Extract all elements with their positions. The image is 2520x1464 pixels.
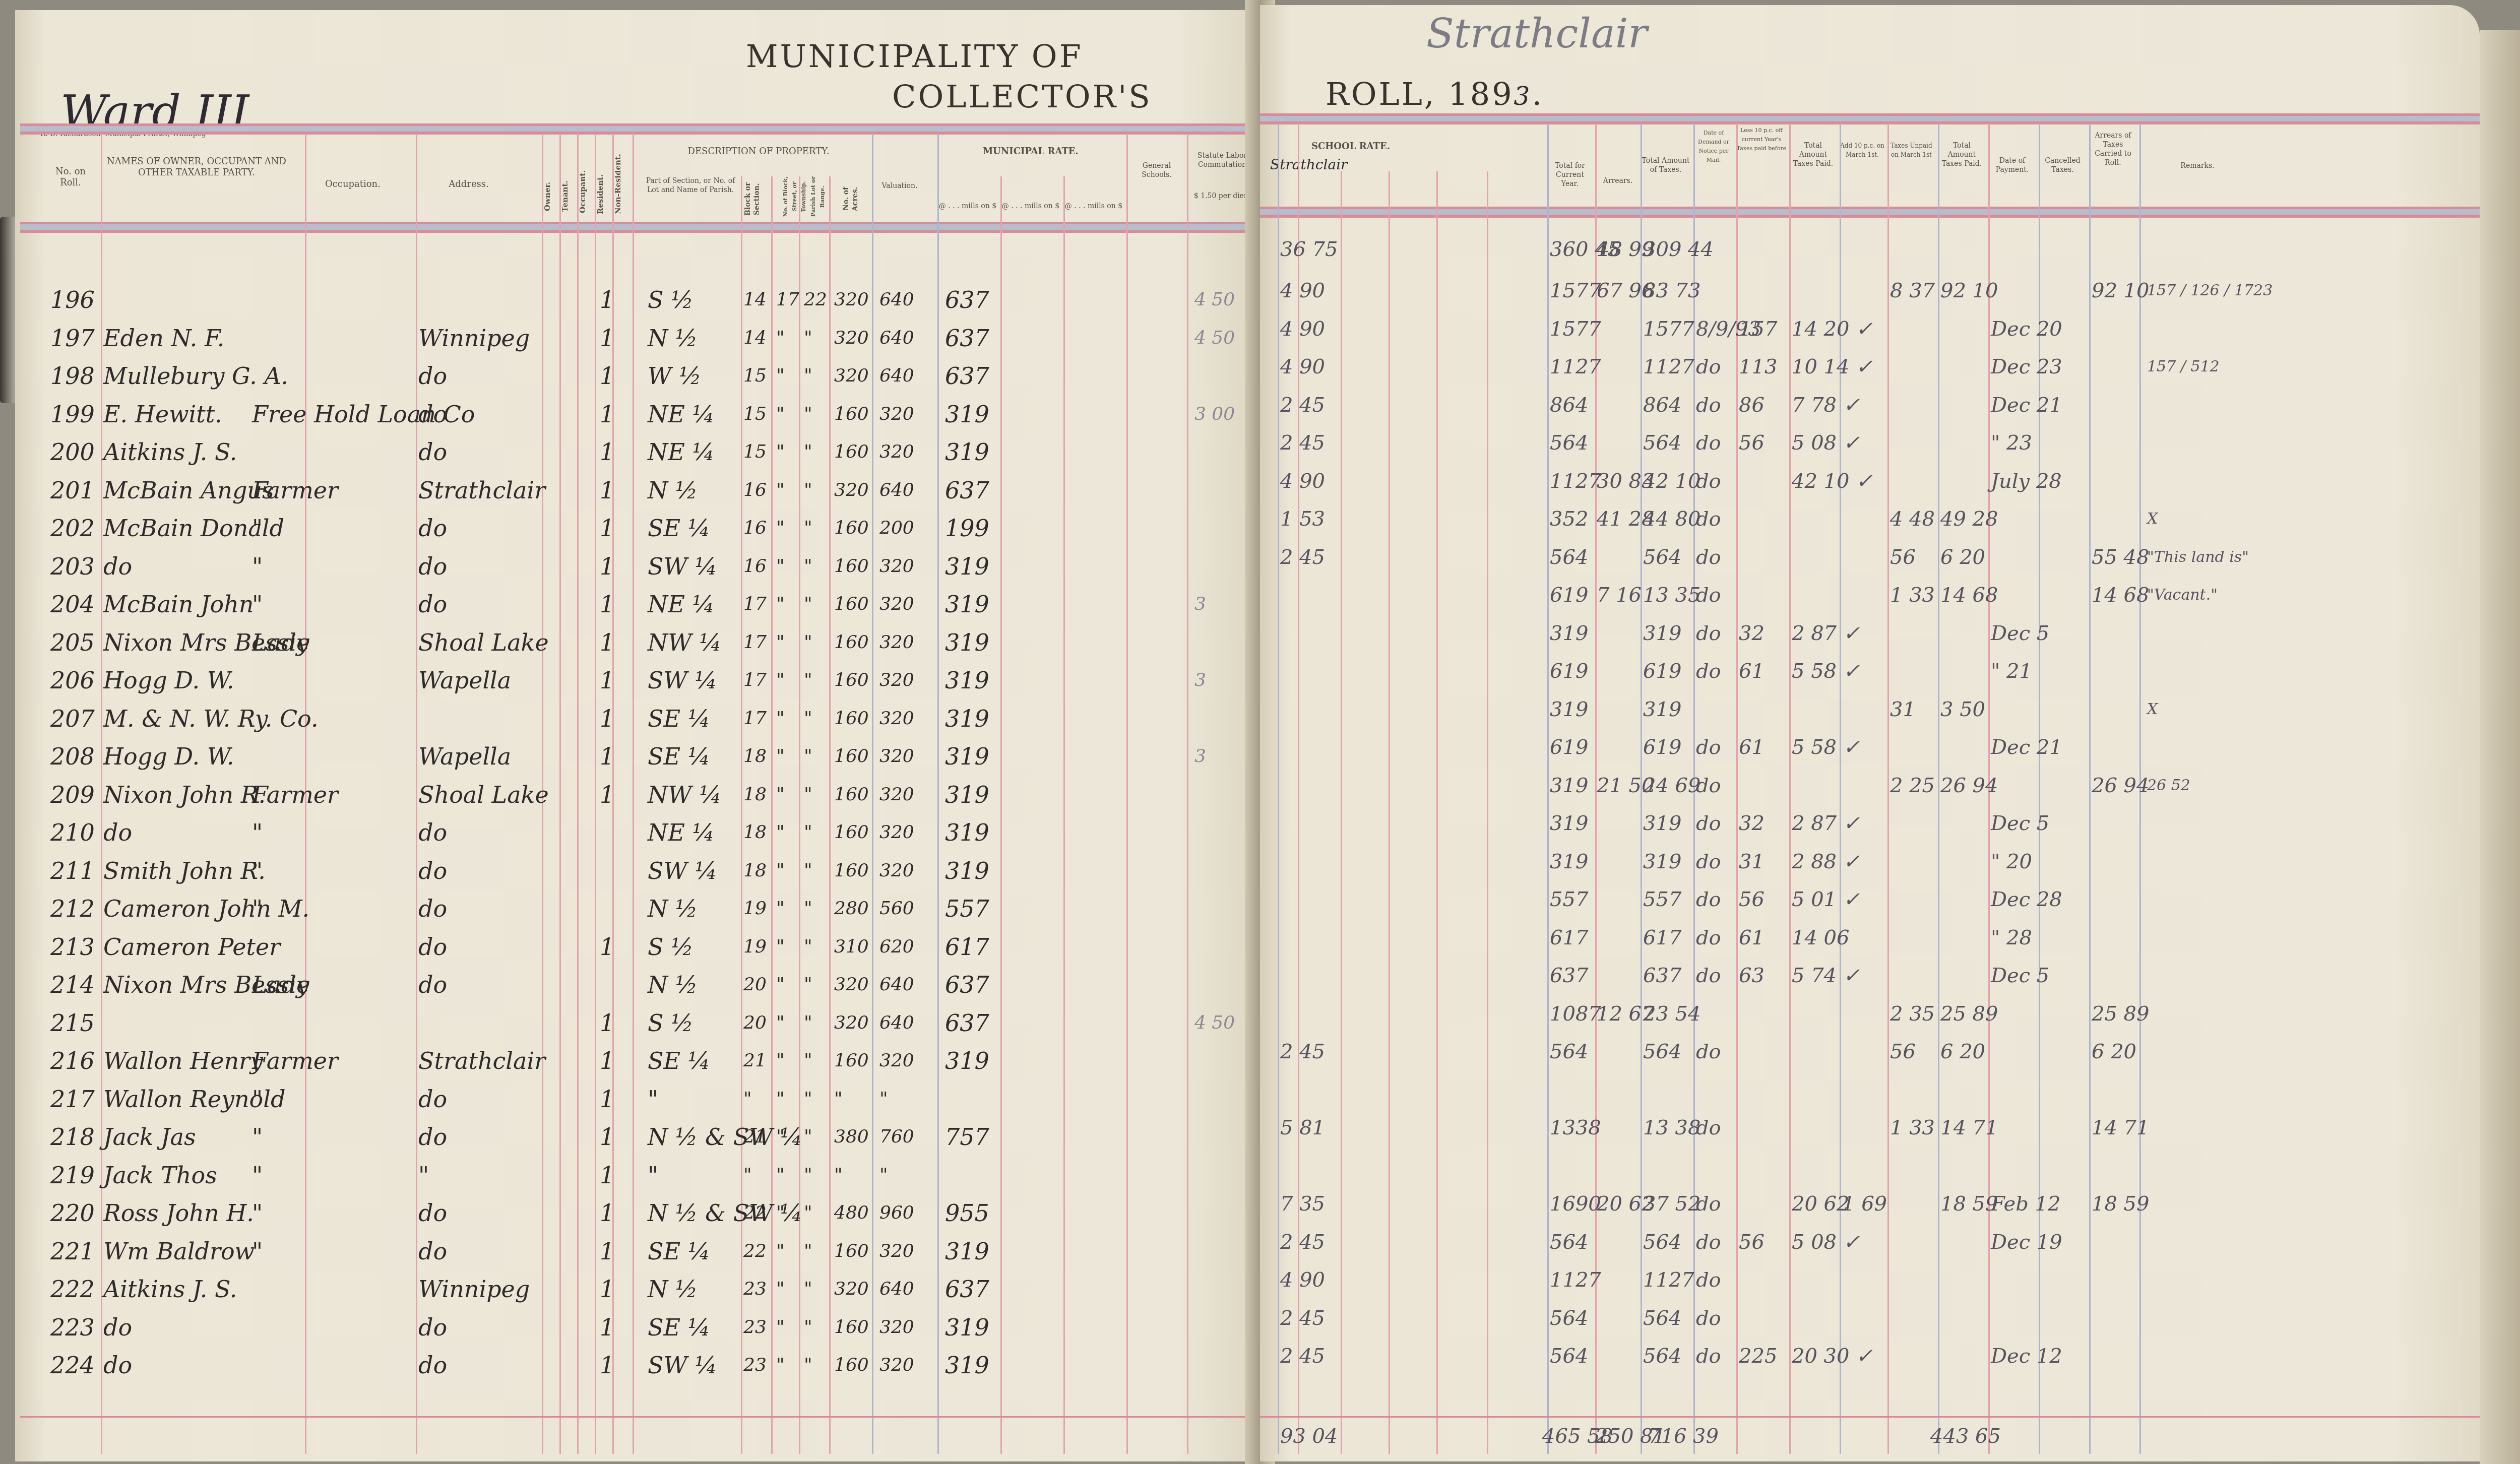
total-amount-taxes: 564 bbox=[1643, 1227, 1681, 1257]
date-of-demand: do bbox=[1696, 771, 1721, 801]
section: " bbox=[743, 1084, 752, 1114]
occupation: Farmer bbox=[252, 475, 338, 505]
title-roll: ROLL, 1893. bbox=[1326, 76, 1544, 112]
total-current-year: 1577 bbox=[1550, 314, 1601, 344]
acres: 160 bbox=[834, 817, 869, 848]
township: " bbox=[776, 1198, 785, 1228]
acres: 160 bbox=[834, 1236, 869, 1266]
section: 22 bbox=[743, 1236, 767, 1266]
address: do bbox=[418, 1084, 447, 1114]
part-of-section: SW ¼ bbox=[648, 551, 717, 582]
total-taxes-paid: 14 06 bbox=[1792, 923, 1850, 953]
occupation: " bbox=[252, 856, 263, 886]
total-amount-taxes: 617 bbox=[1643, 923, 1681, 953]
total-current-year: 619 bbox=[1550, 732, 1588, 762]
remarks: X bbox=[2147, 504, 2158, 534]
part-of-section: " bbox=[648, 1084, 658, 1114]
range: " bbox=[804, 361, 812, 391]
roll-number: 223 bbox=[50, 1312, 95, 1343]
taxes-unpaid: 1 33 bbox=[1890, 1113, 1935, 1143]
roll-number: 204 bbox=[50, 589, 95, 619]
total-taxes-paid-2: 92 10 bbox=[1940, 276, 1998, 306]
total-current-year: 619 bbox=[1550, 656, 1588, 686]
total-amount-taxes: 319 bbox=[1643, 808, 1681, 839]
part-of-section: S ½ bbox=[648, 932, 694, 962]
acres: 320 bbox=[834, 1008, 869, 1038]
total-current-year: 319 bbox=[1550, 847, 1588, 877]
roll-number: 217 bbox=[50, 1084, 95, 1114]
total-taxes-paid-2: 14 71 bbox=[1940, 1113, 1998, 1143]
table-row: 2 45564564do566 2055 48"This land is" bbox=[1260, 542, 2480, 580]
valuation: " bbox=[879, 1160, 888, 1190]
total-amount-taxes: 37 52 bbox=[1643, 1189, 1701, 1219]
address: do bbox=[418, 1198, 447, 1228]
col-header-total-amount: Total Amount of Taxes. bbox=[1641, 156, 1691, 174]
address: Wapella bbox=[418, 665, 511, 695]
page-edges bbox=[2480, 30, 2520, 1464]
valuation: " bbox=[879, 1084, 888, 1114]
resident-mark: 1 bbox=[600, 1198, 614, 1228]
address: do bbox=[418, 361, 447, 391]
date-of-demand: do bbox=[1696, 1113, 1721, 1143]
total-amount-taxes: 319 bbox=[1643, 694, 1681, 725]
municipal-rate: 319 bbox=[945, 741, 989, 772]
school-rate: 2 45 bbox=[1280, 1341, 1325, 1371]
section: 17 bbox=[743, 665, 767, 695]
address: do bbox=[418, 589, 447, 619]
total-current-year: 564 bbox=[1550, 1341, 1588, 1371]
total-taxes-paid: 7 78 ✓ bbox=[1792, 390, 1860, 420]
township: " bbox=[776, 1236, 785, 1266]
range: " bbox=[804, 323, 812, 353]
date-of-demand: do bbox=[1696, 923, 1721, 953]
date-of-demand: do bbox=[1696, 732, 1721, 762]
remarks: X bbox=[2147, 694, 2158, 725]
school-rate: 4 90 bbox=[1280, 276, 1325, 306]
municipal-rate: 637 bbox=[945, 1274, 989, 1304]
resident-mark: 1 bbox=[600, 1046, 614, 1076]
arrears-carried: 6 20 bbox=[2092, 1037, 2136, 1067]
resident-mark: 1 bbox=[600, 589, 614, 619]
section: 22 bbox=[743, 1198, 767, 1228]
table-row: 319319313 50X bbox=[1260, 694, 2480, 732]
date-of-demand: do bbox=[1696, 1341, 1721, 1371]
roll-number: 212 bbox=[50, 894, 95, 924]
taxes-unpaid: 31 bbox=[1890, 694, 1916, 725]
taxpayer-name: McBain Angus bbox=[103, 475, 274, 505]
less-10pc: 157 bbox=[1739, 314, 1777, 344]
col-header-mills-3: @ . . . mills on $ bbox=[1063, 202, 1124, 211]
acres: 160 bbox=[834, 513, 869, 543]
address: do bbox=[418, 970, 447, 1000]
resident-mark: 1 bbox=[600, 551, 614, 582]
township: " bbox=[776, 1122, 785, 1152]
range: " bbox=[804, 437, 812, 467]
statute-labor: 3 00 bbox=[1194, 399, 1235, 429]
municipal-rate: 319 bbox=[945, 1312, 989, 1343]
taxpayer-name: Hogg D. W. bbox=[103, 741, 234, 772]
less-10pc: 86 bbox=[1739, 390, 1765, 420]
remarks: 157 / 512 bbox=[2147, 352, 2220, 382]
township: " bbox=[776, 627, 785, 658]
township: " bbox=[776, 1160, 785, 1190]
table-row: 212Cameron John M."doN ½19""280560557 bbox=[15, 894, 1260, 931]
address: Strathclair bbox=[418, 1046, 545, 1076]
township: " bbox=[776, 361, 785, 391]
table-row: 201McBain AngusFarmerStrathclair1N ½16""… bbox=[15, 475, 1260, 513]
col-header-tenant: Tenant. bbox=[559, 171, 571, 222]
address: " bbox=[418, 1160, 429, 1190]
resident-mark: 1 bbox=[600, 1008, 614, 1038]
total-amount-taxes: 83 73 bbox=[1643, 276, 1701, 306]
table-row: 4 9011271127do11310 14 ✓Dec 23157 / 512 bbox=[1260, 352, 2480, 390]
part-of-section: NE ¼ bbox=[648, 437, 715, 467]
resident-mark: 1 bbox=[600, 1122, 614, 1152]
address: do bbox=[418, 437, 447, 467]
resident-mark: 1 bbox=[600, 1312, 614, 1343]
school-rate: 2 45 bbox=[1280, 1303, 1325, 1333]
section: 20 bbox=[743, 1008, 767, 1038]
range: " bbox=[804, 1084, 812, 1114]
table-row: 214Nixon Mrs BessieLadydoN ½20""32064063… bbox=[15, 970, 1260, 1007]
col-header-names: NAMES OF OWNER, OCCUPANT AND OTHER TAXAB… bbox=[101, 156, 292, 178]
range: 22 bbox=[804, 285, 827, 315]
table-row bbox=[1260, 1075, 2480, 1113]
table-row: 619619do615 58 ✓Dec 21 bbox=[1260, 732, 2480, 770]
township: " bbox=[776, 894, 785, 924]
address: do bbox=[418, 817, 447, 848]
municipal-rate: 319 bbox=[945, 704, 989, 734]
address: Strathclair bbox=[418, 475, 545, 505]
valuation: 320 bbox=[879, 856, 914, 886]
resident-mark: 1 bbox=[600, 1236, 614, 1266]
township: " bbox=[776, 1350, 785, 1380]
arrears-carried: 14 68 bbox=[2092, 580, 2150, 610]
school-rate: 4 90 bbox=[1280, 314, 1325, 344]
acres: 310 bbox=[834, 932, 869, 962]
range: " bbox=[804, 970, 812, 1000]
statute-labor: 3 bbox=[1194, 741, 1206, 772]
section: 17 bbox=[743, 704, 767, 734]
taxpayer-name: Wm Baldrow bbox=[103, 1236, 255, 1266]
part-of-section: NW ¼ bbox=[648, 627, 722, 658]
add-10pc: 1 69 bbox=[1842, 1189, 1887, 1219]
section: 21 bbox=[743, 1046, 767, 1076]
total-taxes-paid-2: 3 50 bbox=[1940, 694, 1985, 725]
township: " bbox=[776, 551, 785, 582]
valuation: 960 bbox=[879, 1198, 914, 1228]
col-header-mills-1: @ . . . mills on $ bbox=[937, 202, 998, 211]
resident-mark: 1 bbox=[600, 665, 614, 695]
range: " bbox=[804, 1350, 812, 1380]
total-taxes-paid: 42 10 ✓ bbox=[1792, 466, 1873, 496]
col-header-part-of-section: Part of Section, or No. of Lot and Name … bbox=[645, 176, 736, 195]
township: " bbox=[776, 780, 785, 810]
valuation: 640 bbox=[879, 475, 914, 505]
title-year-suffix: 3 bbox=[1514, 82, 1532, 111]
valuation: 200 bbox=[879, 513, 914, 543]
date-of-payment: Dec 23 bbox=[1991, 352, 2062, 382]
table-row: 222Aitkins J. S.Winnipeg1N ½23""32064063… bbox=[15, 1274, 1260, 1312]
roll-number: 220 bbox=[50, 1198, 95, 1228]
township: " bbox=[776, 817, 785, 848]
total-amount-taxes: 619 bbox=[1643, 732, 1681, 762]
range: " bbox=[804, 1198, 812, 1228]
section: 19 bbox=[743, 894, 767, 924]
arrears-carried: 25 89 bbox=[2092, 999, 2150, 1029]
part-of-section: NW ¼ bbox=[648, 780, 722, 810]
table-row: 2 45564564do566 206 20 bbox=[1260, 1037, 2480, 1074]
arrears-carried: 92 10 bbox=[2092, 276, 2150, 306]
section: 15 bbox=[743, 361, 767, 391]
date-of-payment: " 20 bbox=[1991, 847, 2032, 877]
acres: 320 bbox=[834, 285, 869, 315]
total-amount-taxes: 1577 bbox=[1643, 314, 1694, 344]
address: do bbox=[418, 894, 447, 924]
resident-mark: 1 bbox=[600, 1274, 614, 1304]
roll-number: 202 bbox=[50, 513, 95, 543]
address: do bbox=[418, 932, 447, 962]
part-of-section: N ½ bbox=[648, 894, 698, 924]
table-row: 319319do312 88 ✓" 20 bbox=[1260, 847, 2480, 884]
date-of-payment: " 28 bbox=[1991, 923, 2032, 953]
total-current-year: 1087 bbox=[1550, 999, 1601, 1029]
resident-mark: 1 bbox=[600, 627, 614, 658]
date-of-payment: Dec 5 bbox=[1991, 961, 2049, 991]
valuation: 640 bbox=[879, 970, 914, 1000]
arrears-carried: 26 94 bbox=[2092, 771, 2150, 801]
resident-mark: 1 bbox=[600, 285, 614, 315]
section: 23 bbox=[743, 1312, 767, 1343]
municipal-rate: 319 bbox=[945, 817, 989, 848]
section: 15 bbox=[743, 437, 767, 467]
roll-number: 207 bbox=[50, 704, 95, 734]
less-10pc: 63 bbox=[1739, 961, 1765, 991]
less-10pc: 225 bbox=[1739, 1341, 1777, 1371]
roll-number: 198 bbox=[50, 361, 95, 391]
carried-forward-school: 36 75 bbox=[1280, 234, 1338, 265]
acres: 160 bbox=[834, 627, 869, 658]
part-of-section: SW ¼ bbox=[648, 665, 717, 695]
municipal-rate: 319 bbox=[945, 780, 989, 810]
total-taxes-paid: 20 30 ✓ bbox=[1792, 1341, 1873, 1371]
date-of-payment: " 23 bbox=[1991, 428, 2032, 458]
total-current-year: 564 bbox=[1550, 1227, 1588, 1257]
resident-mark: 1 bbox=[600, 1084, 614, 1114]
township: " bbox=[776, 437, 785, 467]
acres: " bbox=[834, 1084, 843, 1114]
municipal-rate: 319 bbox=[945, 551, 989, 582]
total-amount-taxes: 864 bbox=[1643, 390, 1681, 420]
acres: 320 bbox=[834, 1274, 869, 1304]
statute-labor: 4 50 bbox=[1194, 285, 1235, 315]
part-of-section: SE ¼ bbox=[648, 704, 710, 734]
table-row: 1 5335241 2844 80do4 4849 28X bbox=[1260, 504, 2480, 542]
table-row: 2 45564564do565 08 ✓Dec 19 bbox=[1260, 1227, 2480, 1265]
table-row: 203do"do1SW ¼16""160320319 bbox=[15, 551, 1260, 589]
section: 23 bbox=[743, 1350, 767, 1380]
total-taxes-paid: 2 88 ✓ bbox=[1792, 847, 1860, 877]
title-municipality-of: MUNICIPALITY OF bbox=[746, 38, 1083, 75]
occupation: " bbox=[252, 1236, 263, 1266]
taxes-unpaid: 8 37 bbox=[1890, 276, 1935, 306]
header-band-top bbox=[20, 123, 1260, 135]
valuation: 640 bbox=[879, 285, 914, 315]
range: " bbox=[804, 817, 812, 848]
range: " bbox=[804, 856, 812, 886]
occupation: " bbox=[252, 1198, 263, 1228]
resident-mark: 1 bbox=[600, 780, 614, 810]
table-row: 4 90157715778/9/9315714 20 ✓Dec 20 bbox=[1260, 314, 2480, 352]
occupation: Lady bbox=[252, 970, 309, 1000]
valuation: 640 bbox=[879, 1274, 914, 1304]
occupation: " bbox=[252, 513, 263, 543]
table-row: 202McBain Donald"do1SE ¼16""160200199 bbox=[15, 513, 1260, 551]
range: " bbox=[804, 665, 812, 695]
taxpayer-name: Wallon Henry bbox=[103, 1046, 263, 1076]
col-header-total-current: Total for Current Year. bbox=[1547, 161, 1593, 188]
total-taxes-paid-2: 14 68 bbox=[1940, 580, 1998, 610]
part-of-section: NE ¼ bbox=[648, 589, 715, 619]
table-row: 209Nixon John R.FarmerShoal Lake1NW ¼18"… bbox=[15, 780, 1260, 817]
statute-labor: 4 50 bbox=[1194, 323, 1235, 353]
municipal-rate: 637 bbox=[945, 323, 989, 353]
col-header-resident: Resident. bbox=[595, 166, 606, 222]
total-current-year: 319 bbox=[1550, 694, 1588, 725]
arrears: 7 16 bbox=[1597, 580, 1642, 610]
date-of-demand: do bbox=[1696, 580, 1721, 610]
acres: 320 bbox=[834, 361, 869, 391]
part-of-section: SE ¼ bbox=[648, 513, 710, 543]
taxes-unpaid: 4 48 bbox=[1890, 504, 1935, 534]
address: do bbox=[418, 1122, 447, 1152]
col-header-range: Parish Lot or Range. bbox=[809, 171, 827, 222]
township: " bbox=[776, 475, 785, 505]
taxpayer-name: do bbox=[103, 817, 132, 848]
roll-number: 224 bbox=[50, 1350, 95, 1380]
resident-mark: 1 bbox=[600, 361, 614, 391]
less-10pc: 113 bbox=[1739, 352, 1777, 382]
col-header-municipal-rate: MUNICIPAL RATE. bbox=[937, 146, 1124, 157]
acres: 160 bbox=[834, 1350, 869, 1380]
section: 19 bbox=[743, 932, 767, 962]
address: do bbox=[418, 1350, 447, 1380]
valuation: 620 bbox=[879, 932, 914, 962]
part-of-section: SE ¼ bbox=[648, 1236, 710, 1266]
taxpayer-name: do bbox=[103, 1312, 132, 1343]
table-row: 198Mullebury G. A.do1W ½15""320640637 bbox=[15, 361, 1260, 399]
roll-number: 210 bbox=[50, 817, 95, 848]
occupation: Farmer bbox=[252, 1046, 338, 1076]
township: " bbox=[776, 970, 785, 1000]
roll-number: 215 bbox=[50, 1008, 95, 1038]
table-row: 223dodo1SE ¼23""160320319 bbox=[15, 1312, 1260, 1350]
remarks: "This land is" bbox=[2147, 542, 2249, 572]
township: " bbox=[776, 323, 785, 353]
taxpayer-name: Eden N. F. bbox=[103, 323, 224, 353]
table-row: 4 90157767 9683 738 3792 1092 10157 / 12… bbox=[1260, 276, 2480, 313]
taxpayer-name: Cameron John M. bbox=[103, 894, 309, 924]
part-of-section: SW ¼ bbox=[648, 856, 717, 886]
total-current-year: 1127 bbox=[1550, 1265, 1601, 1295]
total-taxes-paid: 20 62 bbox=[1792, 1189, 1850, 1219]
total-amount-taxes: 13 38 bbox=[1643, 1113, 1701, 1143]
date-of-payment: Dec 5 bbox=[1991, 618, 2049, 649]
total-amount-taxes: 619 bbox=[1643, 656, 1681, 686]
resident-mark: 1 bbox=[600, 1160, 614, 1190]
school-rate: 4 90 bbox=[1280, 466, 1325, 496]
statute-labor: 3 bbox=[1194, 665, 1206, 695]
total-current-year: 564 bbox=[1550, 542, 1588, 572]
section: 17 bbox=[743, 627, 767, 658]
valuation: 320 bbox=[879, 437, 914, 467]
total-current-year: 637 bbox=[1550, 961, 1588, 991]
arrears-carried: 14 71 bbox=[2092, 1113, 2150, 1143]
total-current-year: 1690 bbox=[1550, 1189, 1601, 1219]
address: Wapella bbox=[418, 741, 511, 772]
section: 16 bbox=[743, 551, 767, 582]
date-of-demand: do bbox=[1696, 504, 1721, 534]
date-of-demand: do bbox=[1696, 961, 1721, 991]
taxpayer-name: Jack Thos bbox=[103, 1160, 217, 1190]
resident-mark: 1 bbox=[600, 475, 614, 505]
total-taxes-paid: 5 08 ✓ bbox=[1792, 428, 1860, 458]
date-of-payment: Feb 12 bbox=[1991, 1189, 2060, 1219]
municipal-rate: 319 bbox=[945, 1046, 989, 1076]
municipal-rate: 637 bbox=[945, 970, 989, 1000]
municipal-rate: 199 bbox=[945, 513, 989, 543]
valuation: 320 bbox=[879, 1236, 914, 1266]
less-10pc: 61 bbox=[1739, 732, 1765, 762]
total-current-year: 564 bbox=[1550, 1037, 1588, 1067]
less-10pc: 32 bbox=[1739, 618, 1765, 649]
section: 14 bbox=[743, 323, 767, 353]
address: Winnipeg bbox=[418, 1274, 530, 1304]
occupation: " bbox=[252, 1160, 263, 1190]
range: " bbox=[804, 704, 812, 734]
less-10pc: 56 bbox=[1739, 884, 1765, 915]
total-current-year: 617 bbox=[1550, 923, 1588, 953]
less-10pc: 61 bbox=[1739, 656, 1765, 686]
occupation: " bbox=[252, 1084, 263, 1114]
total-taxes-paid-2: 26 94 bbox=[1940, 771, 1998, 801]
date-of-demand: do bbox=[1696, 390, 1721, 420]
occupation: " bbox=[252, 551, 263, 582]
remarks: 157 / 126 / 1723 bbox=[2147, 276, 2273, 306]
col-header-total-paid-2: Total Amount Taxes Paid. bbox=[1938, 141, 1986, 168]
address: Shoal Lake bbox=[418, 780, 549, 810]
roll-number: 219 bbox=[50, 1160, 95, 1190]
municipal-rate: 637 bbox=[945, 1008, 989, 1038]
table-row: 200Aitkins J. S.do1NE ¼15""160320319 bbox=[15, 437, 1260, 475]
col-header-add-10pc: Add 10 p.c. on March 1st. bbox=[1840, 141, 1885, 159]
table-row: 31921 5024 69do2 2526 9426 9426 52 bbox=[1260, 771, 2480, 808]
table-row: 2 45564564do22520 30 ✓Dec 12 bbox=[1260, 1341, 2480, 1379]
header-band-bottom-right bbox=[1260, 207, 2480, 218]
township: " bbox=[776, 399, 785, 429]
township: " bbox=[776, 589, 785, 619]
acres: 280 bbox=[834, 894, 869, 924]
valuation: 320 bbox=[879, 1312, 914, 1343]
total-current-year: 1127 bbox=[1550, 466, 1601, 496]
total-taxes-paid: 5 01 ✓ bbox=[1792, 884, 1860, 915]
total-taxes-paid-2: 6 20 bbox=[1940, 1037, 1985, 1067]
col-header-acres: No. of Acres. bbox=[842, 176, 860, 222]
less-10pc: 61 bbox=[1739, 923, 1765, 953]
table-row: 2 45564564do565 08 ✓" 23 bbox=[1260, 428, 2480, 466]
part-of-section: SW ¼ bbox=[648, 1350, 717, 1380]
address: do bbox=[418, 513, 447, 543]
